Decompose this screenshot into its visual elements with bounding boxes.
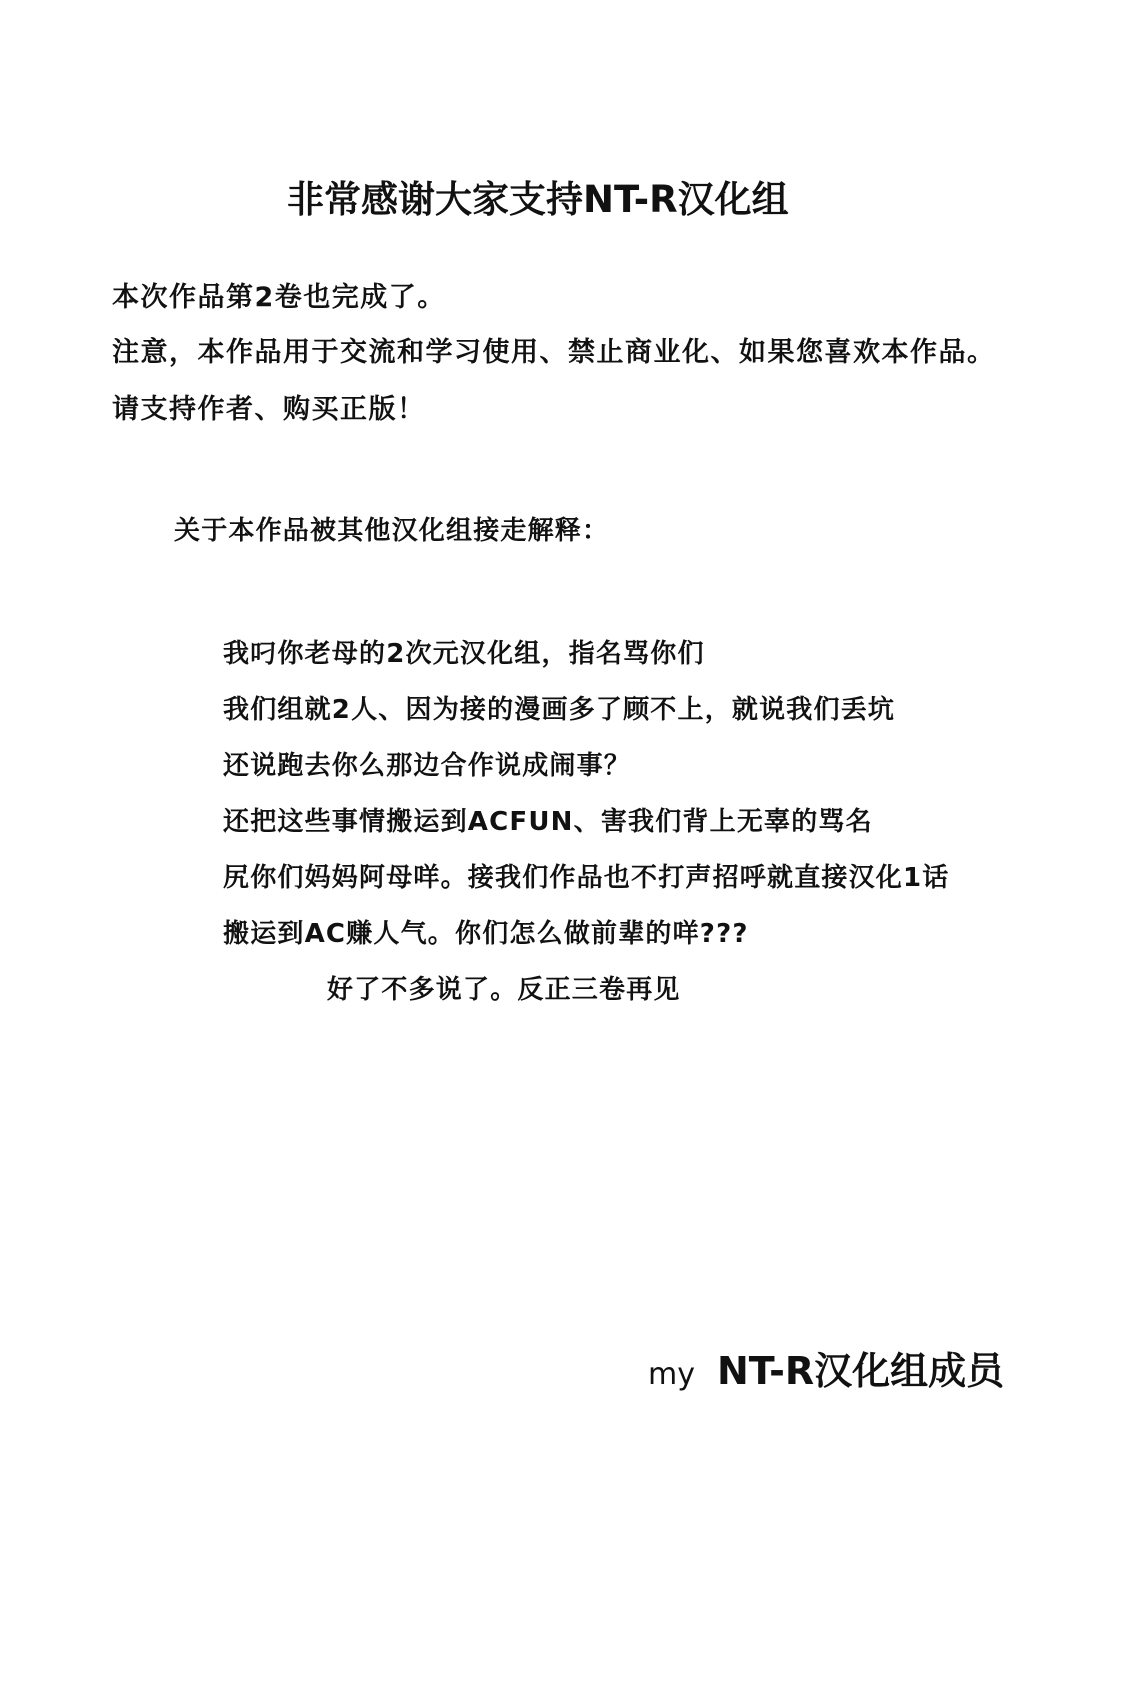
notice-line: 注意，本作品用于交流和学习使用、禁止商业化、如果您喜欢本作品。 <box>112 339 996 366</box>
explanation-line: 我们组就2人、因为接的漫画多了顾不上，就说我们丢坑 <box>223 697 895 723</box>
explanation-line: 我叼你老母的2次元汉化组，指名骂你们 <box>223 641 705 667</box>
explanation-line: 尻你们妈妈阿母咩。接我们作品也不打声招呼就直接汉化1话 <box>223 865 950 891</box>
signature: my NT-R汉化组成员 <box>648 1352 1004 1390</box>
page-title: 非常感谢大家支持NT-R汉化组 <box>287 181 789 218</box>
explanation-line: 还说跑去你么那边合作说成闹事？ <box>223 753 631 779</box>
explanation-heading: 关于本作品被其他汉化组接走解释： <box>174 518 609 544</box>
notice-line: 请支持作者、购买正版！ <box>112 396 426 423</box>
notice-line: 本次作品第2卷也完成了。 <box>112 284 446 311</box>
explanation-line: 还把这些事情搬运到ACFUN、害我们背上无辜的骂名 <box>223 809 873 835</box>
closing-line: 好了不多说了。反正三卷再见 <box>327 977 681 1003</box>
signature-name: NT-R汉化组成员 <box>717 1352 1004 1390</box>
explanation-line: 搬运到AC赚人气。你们怎么做前辈的咩??? <box>223 921 749 947</box>
signature-prefix: my <box>648 1360 695 1390</box>
